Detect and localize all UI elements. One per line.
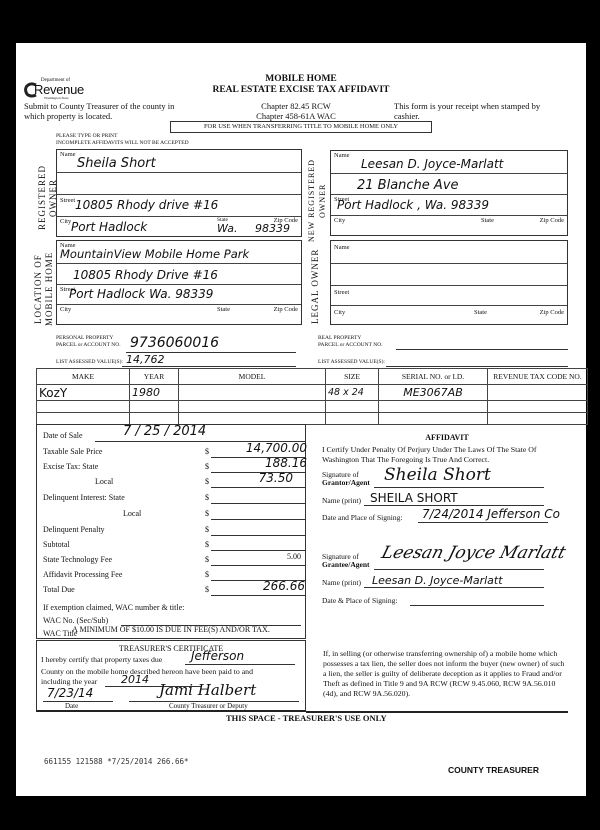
fee-label: Local — [95, 477, 113, 486]
registered-owner-name[interactable]: Sheila Short — [77, 156, 156, 171]
grantor-date-place-row: Date and Place of Signing: 7/24/2014 Jef… — [322, 513, 592, 527]
col-serial: SERIAL NO. or I.D. — [379, 369, 488, 385]
grantor-signature[interactable]: Sheila Short — [384, 465, 491, 485]
cell-make[interactable]: KozY — [37, 385, 130, 401]
personal-property-parcel: PERSONAL PROPERTY PARCEL or ACCOUNT NO. … — [56, 335, 306, 355]
new-registered-owner-label: NEW REGISTERED OWNER — [306, 151, 332, 251]
cell-year[interactable] — [130, 413, 179, 425]
fee-value[interactable]: 14,700.00 — [246, 441, 307, 455]
personal-label-1: PERSONAL PROPERTY — [56, 335, 113, 341]
date-label: Date — [65, 702, 78, 710]
payment-stamp: 661155 121588 *7/25/2014 266.66* — [44, 757, 189, 766]
fee-row-state-technology-fee: State Technology Fee$ 5.00 — [43, 555, 315, 570]
fees-box: Date of Sale 7 / 25 / 2014 Taxable Sale … — [36, 424, 306, 639]
cell-year[interactable] — [130, 401, 179, 413]
cell-revenue-code[interactable] — [488, 413, 588, 425]
table-header-row: MAKE YEAR MODEL SIZE SERIAL NO. or I.D. … — [37, 369, 588, 385]
new-registered-owner-box: Name Leesan D. Joyce-Marlatt 21 Blanche … — [330, 150, 568, 236]
street-label: Street — [60, 197, 75, 204]
state-label: State — [481, 217, 494, 224]
affidavit-section: AFFIDAVIT I Certify Under Penalty Of Per… — [322, 433, 572, 633]
real-label-2: PARCEL or ACCOUNT NO. — [318, 342, 383, 348]
grantor-name-print[interactable]: SHEILA SHORT — [370, 491, 458, 505]
form-title: MOBILE HOME REAL ESTATE EXCISE TAX AFFID… — [166, 74, 436, 95]
fee-label: Delinquent Interest: State — [43, 493, 125, 502]
list-assessed-label: LIST ASSESSED VALUE(S): — [318, 359, 385, 365]
grantee-signature-row: Signature of Grantee/Agent Leesan Joyce … — [322, 553, 572, 573]
county-treasurer-stamp: COUNTY TREASURER — [448, 765, 539, 775]
date-place-label: Date and Place of Signing: — [322, 513, 402, 522]
exemption-label: If exemption claimed, WAC number & title… — [43, 603, 184, 612]
fee-label: Affidavit Processing Fee — [43, 570, 122, 579]
sig-label: County Treasurer or Deputy — [169, 702, 248, 710]
col-size: SIZE — [326, 369, 379, 385]
treasurer-year[interactable]: 2014 — [121, 673, 149, 686]
cell-size[interactable]: 48 x 24 — [326, 385, 379, 401]
treasurer-date[interactable]: 7/23/14 — [47, 686, 93, 700]
new-owner-name[interactable]: Leesan D. Joyce-Marlatt — [361, 157, 503, 171]
cell-make[interactable] — [37, 401, 130, 413]
cell-size[interactable] — [326, 401, 379, 413]
cell-model[interactable] — [179, 413, 326, 425]
real-property-parcel: REAL PROPERTY PARCEL or ACCOUNT NO. — [318, 335, 568, 355]
treasurer-line1: I hereby certify that property taxes due… — [41, 655, 303, 664]
col-revenue-code: REVENUE TAX CODE NO. — [488, 369, 588, 385]
legal-owner-box: Name Street City State Zip Code — [330, 240, 568, 325]
street-label: Street — [334, 289, 349, 296]
col-make: MAKE — [37, 369, 130, 385]
fee-label: Delinquent Penalty — [43, 525, 105, 534]
tax-lien-warning: If, in selling (or otherwise transferrin… — [323, 649, 568, 699]
logo-name: Revenue — [34, 82, 84, 97]
list-assessed-label: LIST ASSESSED VALUE(S): — [56, 359, 123, 365]
fee-label: Taxable Sale Price — [43, 447, 102, 456]
title-line1: MOBILE HOME — [166, 74, 436, 84]
location-street[interactable]: Port Hadlock Wa. 98339 — [69, 287, 213, 301]
affidavit-title: AFFIDAVIT — [322, 433, 572, 442]
chapter-wac: Chapter 458-61A WAC — [226, 111, 366, 121]
cell-revenue-code[interactable] — [488, 401, 588, 413]
registered-owner-street[interactable]: 10805 Rhody drive #16 — [75, 198, 218, 212]
grantee-name-row: Name (print) Leesan D. Joyce-Marlatt — [322, 578, 572, 592]
form-page: Department of Revenue Washington State M… — [16, 43, 586, 796]
zip-label: Zip Code — [540, 309, 564, 316]
grantor-date-place[interactable]: 7/24/2014 Jefferson Co — [422, 507, 560, 521]
new-owner-street[interactable]: Port Hadlock , Wa. 98339 — [337, 198, 489, 212]
cell-size[interactable] — [326, 413, 379, 425]
fee-label: Subtotal — [43, 540, 70, 549]
grantee-signature[interactable]: Leesan Joyce Marlatt — [379, 543, 568, 563]
chapters: Chapter 82.45 RCW Chapter 458-61A WAC — [226, 101, 366, 121]
name-label: Name — [60, 151, 76, 158]
cell-model[interactable] — [179, 401, 326, 413]
legal-owner-label: LEGAL OWNER — [310, 241, 330, 331]
minimum-note: A MINIMUM OF $10.00 IS DUE IN FEE(S) AND… — [36, 625, 306, 634]
personal-label-2: PARCEL or ACCOUNT NO. — [56, 342, 121, 348]
col-year: YEAR — [130, 369, 179, 385]
new-owner-line2[interactable]: 21 Blanche Ave — [357, 178, 459, 193]
receipt-note: This form is your receipt when stamped b… — [394, 101, 564, 121]
title-line2: REAL ESTATE EXCISE TAX AFFIDAVIT — [166, 85, 436, 95]
personal-list-value[interactable]: 14,762 — [126, 353, 165, 366]
location-name[interactable]: MountainView Mobile Home Park — [60, 247, 249, 261]
wac-no-label: WAC No. (Sec/Sub) — [43, 616, 108, 625]
cell-serial[interactable] — [379, 413, 488, 425]
table-row: KozY 1980 48 x 24 ME3067AB — [37, 385, 588, 401]
grantee-date-place-label: Date & Place of Signing: — [322, 596, 397, 605]
instructions: PLEASE TYPE OR PRINT INCOMPLETE AFFIDAVI… — [56, 133, 189, 147]
affidavit-statement: I Certify Under Penalty Of Perjury Under… — [322, 445, 572, 465]
fee-row-subtotal: Subtotal$ — [43, 540, 315, 555]
mobile-home-table: MAKE YEAR MODEL SIZE SERIAL NO. or I.D. … — [36, 368, 588, 425]
fee-value: 5.00 — [287, 552, 301, 561]
registered-owner-zip[interactable]: 98339 — [255, 222, 290, 235]
fee-row-delinquent-local: Local$ — [43, 509, 315, 524]
col-model: MODEL — [179, 369, 326, 385]
registered-owner-city[interactable]: Port Hadlock — [71, 220, 147, 234]
fee-value[interactable]: 73.50 — [259, 471, 293, 485]
date-of-sale-label: Date of Sale — [43, 431, 83, 440]
chapter-rcw: Chapter 82.45 RCW — [226, 101, 366, 111]
registered-owner-box: Name Sheila Short Street 10805 Rhody dri… — [56, 149, 302, 237]
fee-label: Local — [123, 509, 141, 518]
city-label: City — [334, 309, 345, 316]
fee-label: Total Due — [43, 585, 75, 594]
submit-note: Submit to County Treasurer of the county… — [24, 101, 184, 121]
city-label: City — [60, 306, 71, 313]
fee-row-delinquent-state: Delinquent Interest: State$ — [43, 493, 315, 508]
location-line2[interactable]: 10805 Rhody Drive #16 — [73, 268, 218, 282]
city-label: City — [334, 217, 345, 224]
treasurer-county[interactable]: Jefferson — [191, 649, 244, 663]
fee-label: State Technology Fee — [43, 555, 112, 564]
state-label: State — [217, 306, 230, 313]
fee-row-excise-local: Local$ 73.50 — [43, 477, 315, 492]
city-label: City — [60, 218, 71, 225]
table-row — [37, 401, 588, 413]
personal-parcel-value[interactable]: 9736060016 — [130, 335, 219, 351]
fee-value[interactable]: 188.16 — [265, 456, 307, 470]
real-list-value-row: LIST ASSESSED VALUE(S): — [318, 356, 568, 368]
name-label: Name — [334, 244, 350, 251]
use-banner: FOR USE WHEN TRANSFERRING TITLE TO MOBIL… — [170, 121, 432, 133]
registered-owner-state[interactable]: Wa. — [217, 222, 238, 235]
treasurer-signature[interactable]: Jami Halbert — [159, 681, 256, 699]
cell-serial[interactable] — [379, 401, 488, 413]
fee-value[interactable]: 266.66 — [263, 579, 305, 593]
personal-list-value-row: LIST ASSESSED VALUE(S): 14,762 — [56, 356, 306, 368]
fee-row-delinquent-penalty: Delinquent Penalty$ — [43, 525, 315, 540]
location-box: Name MountainView Mobile Home Park 10805… — [56, 240, 302, 325]
name-label: Name — [334, 152, 350, 159]
cell-make[interactable] — [37, 413, 130, 425]
treasurer-text1: I hereby certify that property taxes due — [41, 655, 162, 664]
fee-row-total-due: Total Due$ 266.66 — [43, 585, 315, 600]
dor-logo: Department of Revenue Washington State — [24, 78, 104, 102]
grantor-signature-row: Signature of Grantor/Agent Sheila Short — [322, 471, 572, 491]
cell-model[interactable] — [179, 385, 326, 401]
zip-label: Zip Code — [274, 306, 298, 313]
name-print-label: Name (print) — [322, 496, 361, 505]
treasurer-text3: including the year — [41, 677, 97, 686]
name-print-label: Name (print) — [322, 578, 361, 587]
cell-serial[interactable]: ME3067AB — [379, 385, 488, 401]
treasurer-space-label: THIS SPACE - TREASURER'S USE ONLY — [226, 713, 387, 723]
instr-type-print: PLEASE TYPE OR PRINT — [56, 133, 189, 140]
zip-label: Zip Code — [540, 217, 564, 224]
grantee-date-place-row: Date & Place of Signing: — [322, 596, 572, 610]
date-of-sale-value[interactable]: 7 / 25 / 2014 — [123, 424, 206, 439]
instr-incomplete: INCOMPLETE AFFIDAVITS WILL NOT BE ACCEPT… — [56, 140, 189, 147]
table-row — [37, 413, 588, 425]
fee-label: Excise Tax: State — [43, 462, 98, 471]
wac-no-row: WAC No. (Sec/Sub) — [43, 616, 303, 625]
state-label: State — [474, 309, 487, 316]
cell-year[interactable]: 1980 — [130, 385, 179, 401]
treasurer-title: TREASURER'S CERTIFICATE — [37, 644, 305, 653]
logo-state: Washington State — [44, 96, 69, 100]
treasurer-certificate: TREASURER'S CERTIFICATE I hereby certify… — [36, 640, 306, 712]
real-label-1: REAL PROPERTY — [318, 335, 361, 341]
grantee-name-print[interactable]: Leesan D. Joyce-Marlatt — [372, 574, 503, 587]
cell-revenue-code[interactable] — [488, 385, 588, 401]
